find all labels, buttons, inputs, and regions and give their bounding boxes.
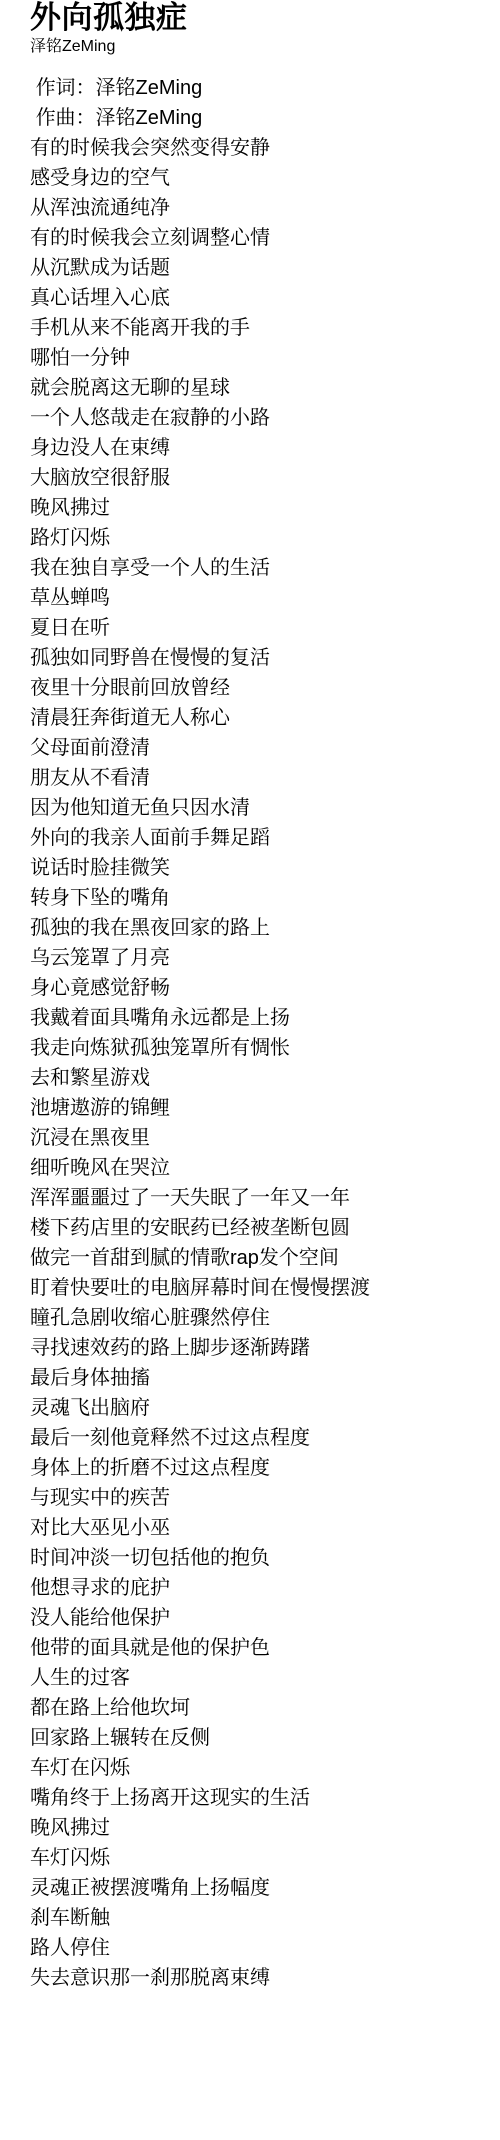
lyric-line: 就会脱离这无聊的星球 [30, 373, 490, 403]
lyric-line: 草丛蝉鸣 [30, 583, 490, 613]
lyric-line: 与现实中的疾苦 [30, 1483, 490, 1513]
lyric-line: 刹车断触 [30, 1903, 490, 1933]
lyric-line: 有的时候我会突然变得安静 [30, 133, 490, 163]
lyric-line: 人生的过客 [30, 1663, 490, 1693]
lyric-line: 父母面前澄清 [30, 733, 490, 763]
lyric-line: 池塘遨游的锦鲤 [30, 1093, 490, 1123]
lyric-line: 嘴角终于上扬离开这现实的生活 [30, 1783, 490, 1813]
lyric-line: 瞳孔急剧收缩心脏骤然停住 [30, 1303, 490, 1333]
lyric-line: 灵魂正被摆渡嘴角上扬幅度 [30, 1873, 490, 1903]
lyric-line: 清晨狂奔街道无人称心 [30, 703, 490, 733]
lyric-line: 做完一首甜到腻的情歌rap发个空间 [30, 1243, 490, 1273]
lyric-line: 夜里十分眼前回放曾经 [30, 673, 490, 703]
lyric-line: 朋友从不看清 [30, 763, 490, 793]
lyric-line: 孤独的我在黑夜回家的路上 [30, 913, 490, 943]
lyric-line: 孤独如同野兽在慢慢的复活 [30, 643, 490, 673]
lyrics-block: 有的时候我会突然变得安静感受身边的空气从浑浊流通纯净有的时候我会立刻调整心情从沉… [30, 133, 490, 1993]
credits-block: 作词：泽铭ZeMing 作曲：泽铭ZeMing [30, 73, 490, 133]
lyric-line: 手机从来不能离开我的手 [30, 313, 490, 343]
lyric-line: 真心话埋入心底 [30, 283, 490, 313]
lyric-line: 一个人悠哉走在寂静的小路 [30, 403, 490, 433]
lyric-line: 细听晚风在哭泣 [30, 1153, 490, 1183]
lyric-line: 晚风拂过 [30, 493, 490, 523]
lyric-line: 浑浑噩噩过了一天失眠了一年又一年 [30, 1183, 490, 1213]
lyric-line: 我戴着面具嘴角永远都是上扬 [30, 1003, 490, 1033]
lyric-line: 说话时脸挂微笑 [30, 853, 490, 883]
lyric-line: 因为他知道无鱼只因水清 [30, 793, 490, 823]
lyric-line: 路人停住 [30, 1933, 490, 1963]
artist-name: 泽铭ZeMing [30, 36, 490, 57]
lyric-line: 我走向炼狱孤独笼罩所有惆怅 [30, 1033, 490, 1063]
lyric-line: 最后一刻他竟释然不过这点程度 [30, 1423, 490, 1453]
lyric-line: 没人能给他保护 [30, 1603, 490, 1633]
lyric-line: 最后身体抽搐 [30, 1363, 490, 1393]
lyric-line: 失去意识那一刹那脱离束缚 [30, 1963, 490, 1993]
lyric-line: 车灯闪烁 [30, 1843, 490, 1873]
lyric-line: 感受身边的空气 [30, 163, 490, 193]
lyric-line: 回家路上辗转在反侧 [30, 1723, 490, 1753]
lyric-line: 哪怕一分钟 [30, 343, 490, 373]
lyric-line: 他带的面具就是他的保护色 [30, 1633, 490, 1663]
lyric-line: 身边没人在束缚 [30, 433, 490, 463]
lyric-line: 沉浸在黑夜里 [30, 1123, 490, 1153]
lyrics-page: 外向孤独症 泽铭ZeMing 作词：泽铭ZeMing 作曲：泽铭ZeMing 有… [0, 0, 500, 1993]
lyric-line: 身体上的折磨不过这点程度 [30, 1453, 490, 1483]
lyric-line: 盯着快要吐的电脑屏幕时间在慢慢摆渡 [30, 1273, 490, 1303]
lyric-line: 大脑放空很舒服 [30, 463, 490, 493]
lyric-line: 去和繁星游戏 [30, 1063, 490, 1093]
lyric-line: 有的时候我会立刻调整心情 [30, 223, 490, 253]
lyric-line: 夏日在听 [30, 613, 490, 643]
lyric-line: 车灯在闪烁 [30, 1753, 490, 1783]
lyric-line: 他想寻求的庇护 [30, 1573, 490, 1603]
lyric-line: 时间冲淡一切包括他的抱负 [30, 1543, 490, 1573]
lyric-line: 从浑浊流通纯净 [30, 193, 490, 223]
song-title: 外向孤独症 [30, 0, 490, 36]
lyric-line: 路灯闪烁 [30, 523, 490, 553]
lyric-line: 外向的我亲人面前手舞足蹈 [30, 823, 490, 853]
lyric-line: 都在路上给他坎坷 [30, 1693, 490, 1723]
lyric-line: 楼下药店里的安眠药已经被垄断包圆 [30, 1213, 490, 1243]
lyric-line: 转身下坠的嘴角 [30, 883, 490, 913]
lyric-line: 灵魂飞出脑府 [30, 1393, 490, 1423]
lyric-line: 从沉默成为话题 [30, 253, 490, 283]
lyric-line: 我在独自享受一个人的生活 [30, 553, 490, 583]
credit-line: 作词：泽铭ZeMing [30, 73, 490, 103]
lyric-line: 乌云笼罩了月亮 [30, 943, 490, 973]
lyric-line: 对比大巫见小巫 [30, 1513, 490, 1543]
credit-line: 作曲：泽铭ZeMing [30, 103, 490, 133]
lyric-line: 身心竟感觉舒畅 [30, 973, 490, 1003]
lyric-line: 晚风拂过 [30, 1813, 490, 1843]
lyric-line: 寻找速效药的路上脚步逐渐踌躇 [30, 1333, 490, 1363]
